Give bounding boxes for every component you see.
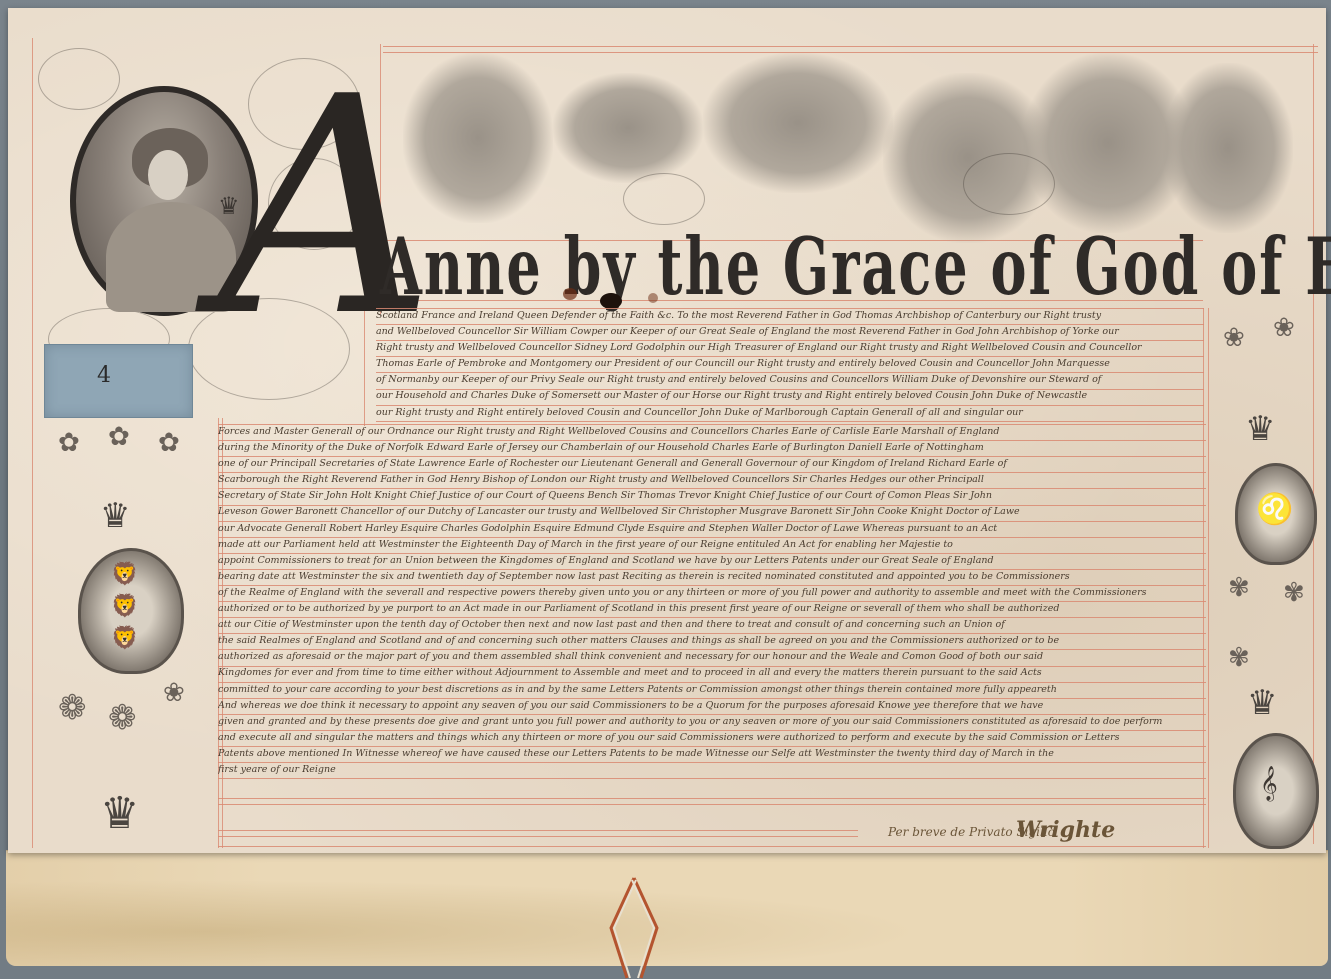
text-line: our Household and Charles Duke of Somers… (376, 388, 1204, 404)
blue-paper-label: 4 (44, 344, 193, 418)
text-line: given and granted and by these presents … (218, 714, 1206, 730)
carnation-icon: ✿ (158, 428, 180, 458)
ruling-line (376, 308, 1204, 309)
text-line: the said Realmes of England and Scotland… (218, 633, 1206, 649)
ruling-line (218, 698, 1206, 699)
label-number: 4 (97, 363, 111, 388)
ruling-line (218, 456, 1206, 457)
scroll-flourish (623, 173, 705, 225)
pansy-icon: ✾ (1228, 573, 1250, 603)
text-line: appoint Commissioners to treat for an Un… (218, 553, 1206, 569)
text-line: first yeare of our Reigne (218, 762, 1206, 778)
crown-icon: ♛ (1247, 683, 1277, 723)
ruling-line (218, 798, 1206, 799)
ruling-margin (1208, 308, 1209, 848)
ruling-line (218, 666, 1206, 667)
ruling-line (218, 846, 1206, 847)
clerk-attestation: per ipsam Reginam (Per breve de Privato … (888, 825, 1055, 839)
lion-rampant-icon: ♌ (1256, 492, 1293, 527)
ruling-line (218, 836, 858, 837)
boar-figure (553, 73, 703, 183)
text-line: Secretary of State Sir John Holt Knight … (218, 488, 1206, 504)
harp-icon: 𝄞 (1260, 766, 1278, 801)
pansy-icon: ✾ (1283, 578, 1305, 608)
ruling-line (218, 521, 1206, 522)
ruling-line (218, 505, 1206, 506)
text-line: of Normanby our Keeper of our Privy Seal… (376, 372, 1204, 388)
ruling-margin (32, 38, 33, 848)
ruling-line (376, 356, 1204, 357)
ruling-line (218, 730, 1206, 731)
portrait-face (148, 150, 188, 200)
rose-icon: ❀ (1223, 323, 1245, 353)
text-line: one of our Principall Secretaries of Sta… (218, 456, 1206, 472)
eagle-figure (1163, 63, 1293, 233)
dragon-figure (703, 53, 893, 193)
ink-blot (600, 293, 622, 309)
ruling-line (376, 340, 1204, 341)
right-engraved-border: ❀ ❀ ♛ ♌ ✾ ✾ ✾ ♛ 𝄞 (1213, 313, 1328, 873)
text-line: And whereas we doe think it necessary to… (218, 698, 1206, 714)
text-line: of the Realme of England with the severa… (218, 585, 1206, 601)
text-line: authorized or to be authorized by ye pur… (218, 601, 1206, 617)
ruling-line (218, 762, 1206, 763)
ruling-line (218, 585, 1206, 586)
text-line: Forces and Master Generall of our Ordnan… (218, 424, 1206, 440)
document-heading: Anne by the Grace of God of England (380, 220, 1331, 313)
marigold-icon: ❁ (58, 688, 87, 728)
ruling-line (218, 649, 1206, 650)
ruling-line (218, 633, 1206, 634)
wax-stain (563, 288, 577, 300)
ruling-line (376, 405, 1204, 406)
ruling-line (218, 569, 1206, 570)
seal-cord-tag (605, 870, 663, 979)
crown-icon: ♛ (1245, 409, 1275, 449)
calligraphic-flourish (38, 48, 120, 110)
text-line: and Wellbeloved Councellor Sir William C… (376, 324, 1204, 340)
left-engraved-border: ✿ ✿ ✿ ♛ 🦁🦁🦁 ❁ ❁ ❀ ♛ (38, 428, 213, 848)
three-lions-icon: 🦁🦁🦁 (111, 559, 138, 655)
carnation-icon: ✿ (58, 428, 80, 458)
wax-stain (648, 293, 658, 303)
ireland-shield: 𝄞 (1233, 733, 1319, 849)
ruling-line (376, 372, 1204, 373)
carnation-icon: ✿ (108, 422, 130, 452)
scroll-flourish (963, 153, 1055, 215)
ruling-line (218, 424, 1206, 425)
text-line: our Right trusty and Right entirely belo… (376, 405, 1204, 421)
text-line: Leveson Gower Baronett Chancellor of our… (218, 504, 1206, 520)
ruling-line (218, 537, 1206, 538)
ruling-line (218, 601, 1206, 602)
ruling-line (218, 746, 1206, 747)
ruling-line (218, 488, 1206, 489)
ruling-line (376, 324, 1204, 325)
ruling-line (218, 830, 858, 831)
parchment-sheet: ♛ A 4 Anne by the Grace of God of Englan… (8, 8, 1326, 853)
text-line: and execute all and singular the matters… (218, 730, 1206, 746)
england-shield: 🦁🦁🦁 (78, 548, 184, 674)
clerk-signature: Wrighte (1016, 817, 1115, 843)
text-line: Scarborough the Right Reverend Father in… (218, 472, 1206, 488)
text-line: Thomas Earle of Pembroke and Montgomery … (376, 356, 1204, 372)
portrait-gown (106, 202, 236, 312)
ruling-line (218, 472, 1206, 473)
parchment-fold-plica (6, 850, 1328, 966)
text-line: our Advocate Generall Robert Harley Esqu… (218, 521, 1206, 537)
text-line: made att our Parliament held att Westmin… (218, 537, 1206, 553)
text-line: Patents above mentioned In Witnesse wher… (218, 746, 1206, 762)
crown-icon: ♛ (100, 788, 139, 839)
ruling-line (218, 804, 1206, 805)
rose-icon: ❀ (1273, 313, 1295, 343)
text-line: Kingdomes for ever and from time to time… (218, 665, 1206, 681)
ruling-line (376, 421, 1204, 422)
marigold-icon: ❁ (108, 698, 137, 738)
text-line: authorized as aforesaid or the major par… (218, 649, 1206, 665)
ruling-line (218, 553, 1206, 554)
text-line: bearing date att Westminster the six and… (218, 569, 1206, 585)
pansy-icon: ✾ (1228, 643, 1250, 673)
scotland-shield: ♌ (1235, 463, 1317, 565)
crown-icon: ♛ (100, 496, 130, 536)
text-line: Right trusty and Wellbeloved Councellor … (376, 340, 1204, 356)
ruling-line (376, 389, 1204, 390)
text-line: committed to your care according to your… (218, 682, 1206, 698)
ruling-line (218, 440, 1206, 441)
engraved-frieze (403, 33, 1293, 213)
text-line: att our Citie of Westminster upon the te… (218, 617, 1206, 633)
ruling-line (218, 778, 1206, 779)
ruling-line (218, 714, 1206, 715)
tulip-icon: ❀ (163, 678, 185, 708)
ruling-line (218, 617, 1206, 618)
text-line: during the Minority of the Duke of Norfo… (218, 440, 1206, 456)
ruling-line (218, 682, 1206, 683)
text-line: Scotland France and Ireland Queen Defend… (376, 308, 1204, 324)
